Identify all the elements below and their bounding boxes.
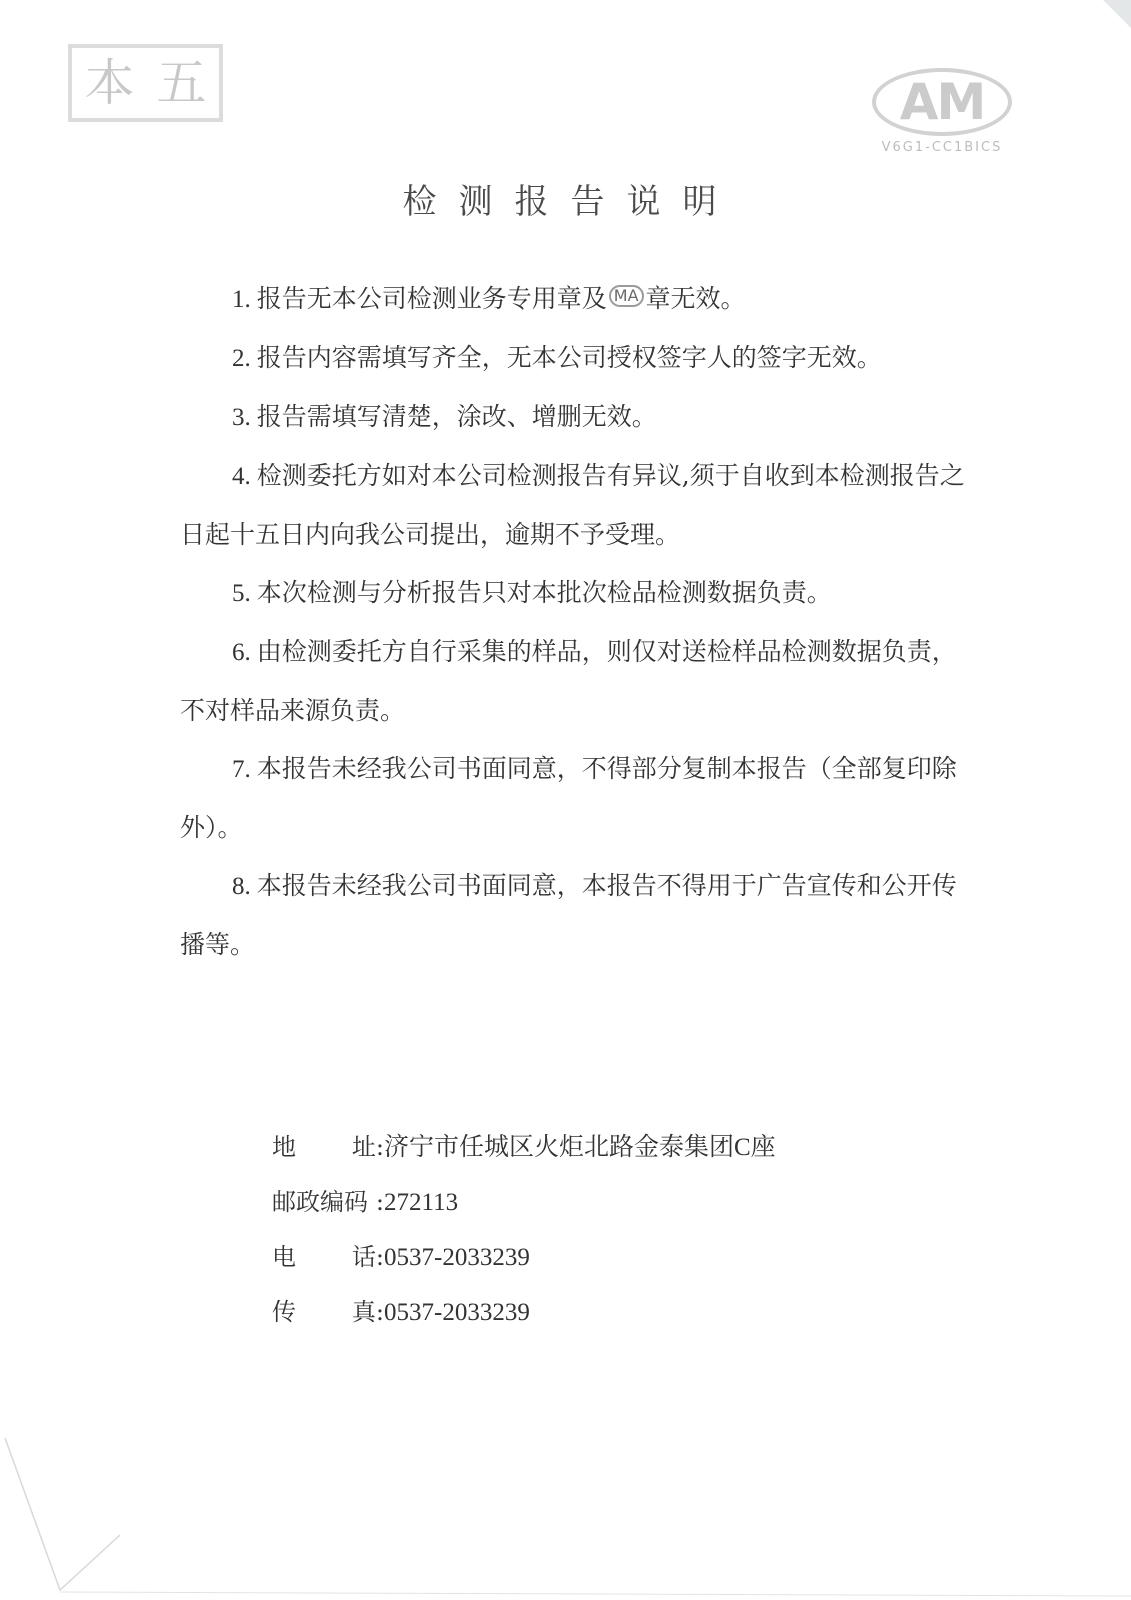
clause-text: 本次检测与分析报告只对本批次检品检测数据负责。 xyxy=(257,578,832,607)
clause-item: 5.本次检测与分析报告只对本批次检品检测数据负责。 xyxy=(180,564,980,623)
fax-value: 0537-2033239 xyxy=(384,1286,530,1340)
clause-text: 本报告未经我公司书面同意，不得部分复制本报告（全部复印除外）。 xyxy=(180,754,957,842)
label-part: : xyxy=(376,1175,384,1229)
stamp-char: 本 xyxy=(85,58,135,108)
label-part: 电 xyxy=(272,1230,296,1284)
clause-text: 报告无本公司检测业务专用章及 xyxy=(257,284,607,313)
contact-label: 地 址: xyxy=(272,1120,384,1174)
phone-value: 0537-2033239 xyxy=(384,1231,530,1285)
stamp-char: 五 xyxy=(157,58,207,108)
contact-postcode: 邮政编码 : 272113 xyxy=(272,1175,776,1230)
contact-label: 邮政编码 : xyxy=(272,1175,384,1229)
clause-item: 2.报告内容需填写齐全，无本公司授权签字人的签字无效。 xyxy=(180,329,980,388)
clause-list: 1.报告无本公司检测业务专用章及MA章无效。 2.报告内容需填写齐全，无本公司授… xyxy=(180,270,980,974)
clause-text: 检测委托方如对本公司检测报告有异议,须于自收到本检测报告之日起十五日内向我公司提… xyxy=(180,461,965,549)
label-part: 址: xyxy=(352,1120,384,1174)
document-title: 检测报告说明 xyxy=(0,174,1131,223)
clause-number: 3. xyxy=(232,404,251,431)
label-part: 话: xyxy=(352,1230,384,1284)
contact-address: 地 址: 济宁市任城区火炬北路金泰集团C座 xyxy=(272,1120,776,1175)
contact-label: 电 话: xyxy=(272,1230,384,1284)
contact-info: 地 址: 济宁市任城区火炬北路金泰集团C座 邮政编码 : 272113 电 话:… xyxy=(272,1120,776,1340)
label-part: 地 xyxy=(272,1120,296,1174)
clause-item: 1.报告无本公司检测业务专用章及MA章无效。 xyxy=(180,270,980,329)
page-corner-shadow xyxy=(1103,0,1131,28)
contact-label: 传 真: xyxy=(272,1285,384,1339)
clause-item: 3.报告需填写清楚，涂改、增删无效。 xyxy=(180,388,980,447)
label-part: 真: xyxy=(352,1285,384,1339)
clause-number: 4. xyxy=(232,463,251,490)
cma-badge-icon: MA xyxy=(609,285,644,307)
clause-number: 5. xyxy=(232,580,251,607)
clause-item: 4.检测委托方如对本公司检测报告有异议,须于自收到本检测报告之日起十五日内向我公… xyxy=(180,447,980,564)
address-value: 济宁市任城区火炬北路金泰集团C座 xyxy=(384,1121,776,1175)
clause-number: 8. xyxy=(232,873,251,900)
clause-text: 本报告未经我公司书面同意，本报告不得用于广告宣传和公开传播等。 xyxy=(180,871,957,959)
contact-phone: 电 话: 0537-2033239 xyxy=(272,1230,776,1285)
label-part: 传 xyxy=(272,1285,296,1339)
clause-text: 报告需填写清楚，涂改、增删无效。 xyxy=(257,402,657,431)
clause-number: 6. xyxy=(232,639,251,666)
clause-number: 7. xyxy=(232,756,251,783)
label-part: 邮政编码 xyxy=(272,1175,368,1229)
cma-oval-mark: AM xyxy=(872,68,1012,136)
clause-item: 6.由检测委托方自行采集的样品，则仅对送检样品检测数据负责，不对样品来源负责。 xyxy=(180,623,980,740)
clause-text: 由检测委托方自行采集的样品，则仅对送检样品检测数据负责，不对样品来源负责。 xyxy=(180,637,957,725)
cma-stamp-icon: AM V6G1-CC1BICS xyxy=(862,52,1022,162)
clause-item: 8.本报告未经我公司书面同意，本报告不得用于广告宣传和公开传播等。 xyxy=(180,857,980,974)
postcode-value: 272113 xyxy=(384,1176,458,1230)
scanned-document-page: 本 五 AM V6G1-CC1BICS 检测报告说明 1.报告无本公司检测业务专… xyxy=(0,0,1131,1600)
faded-stamp-top-left: 本 五 xyxy=(68,44,223,122)
clause-item: 7.本报告未经我公司书面同意，不得部分复制本报告（全部复印除外）。 xyxy=(180,740,980,857)
cma-certificate-code: V6G1-CC1BICS xyxy=(862,140,1022,155)
clause-number: 2. xyxy=(232,345,251,372)
contact-fax: 传 真: 0537-2033239 xyxy=(272,1285,776,1340)
clause-number: 1. xyxy=(232,286,251,313)
clause-text: 报告内容需填写齐全，无本公司授权签字人的签字无效。 xyxy=(257,343,882,372)
clause-text: 章无效。 xyxy=(646,284,746,313)
